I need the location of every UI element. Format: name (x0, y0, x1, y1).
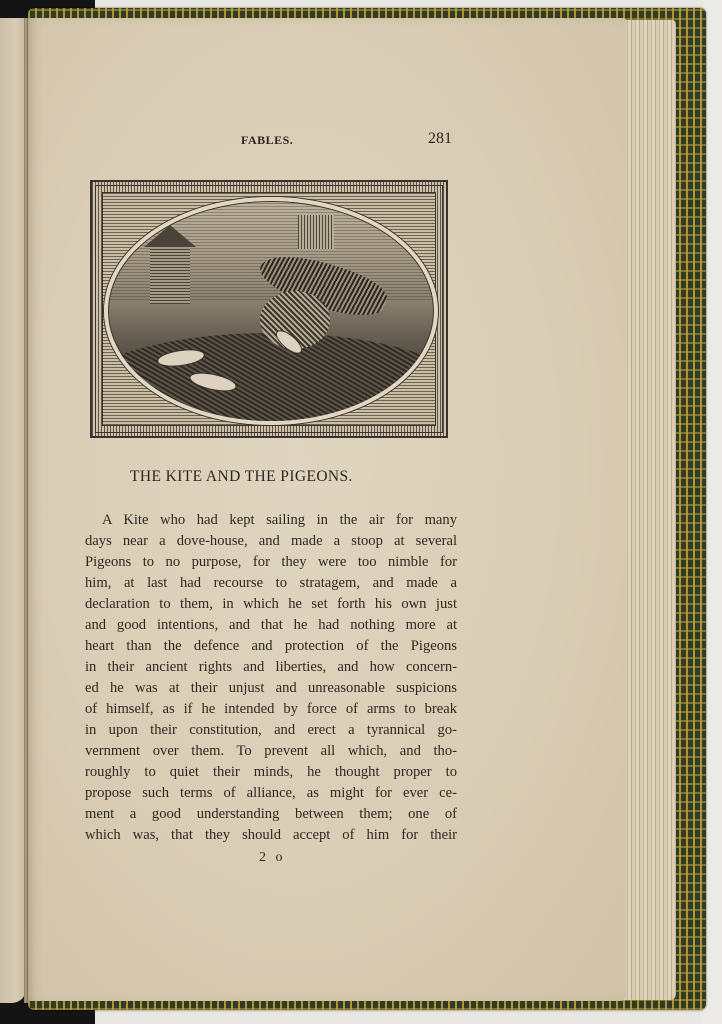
text-line: ment a good understanding between them; … (85, 804, 457, 825)
text-line: in upon their constitution, and erect a … (85, 720, 457, 741)
text-line: of himself, as if he intended by force o… (85, 699, 457, 720)
dove-house-roof (144, 225, 196, 247)
woodcut-illustration (90, 180, 448, 438)
text-line: him, at last had recourse to stratagem, … (85, 573, 457, 594)
text-line: heart than the defence and protection of… (85, 636, 457, 657)
signature-mark: 2 o (259, 850, 286, 866)
book-gutter (24, 18, 28, 1003)
illustration-oval-vignette (104, 197, 438, 425)
running-head: FABLES. (241, 133, 293, 148)
dove-house-tower (150, 246, 190, 304)
text-line: Pigeons to no purpose, for they were too… (85, 552, 457, 573)
hillside (104, 333, 438, 425)
fable-title: THE KITE AND THE PIGEONS. (130, 468, 353, 486)
text-line: roughly to quiet their minds, he thought… (85, 762, 457, 783)
text-line: propose such terms of alliance, as might… (85, 783, 457, 804)
text-line: which was, that they should accept of hi… (85, 825, 457, 846)
text-line: A Kite who had kept sailing in the air f… (85, 510, 457, 531)
text-line: in their ancient rights and liberties, a… (85, 657, 457, 678)
text-line: and good intentions, and that he had not… (85, 615, 457, 636)
castle-ruin (298, 215, 334, 249)
facing-page-edge (0, 18, 26, 1003)
text-line: declaration to them, in which he set for… (85, 594, 457, 615)
fable-body-text: A Kite who had kept sailing in the air f… (85, 510, 457, 846)
text-line: vernment over them. To prevent all which… (85, 741, 457, 762)
page-number: 281 (428, 130, 452, 148)
text-line: ed he was at their unjust and unreasonab… (85, 678, 457, 699)
text-line: days near a dove-house, and made a stoop… (85, 531, 457, 552)
